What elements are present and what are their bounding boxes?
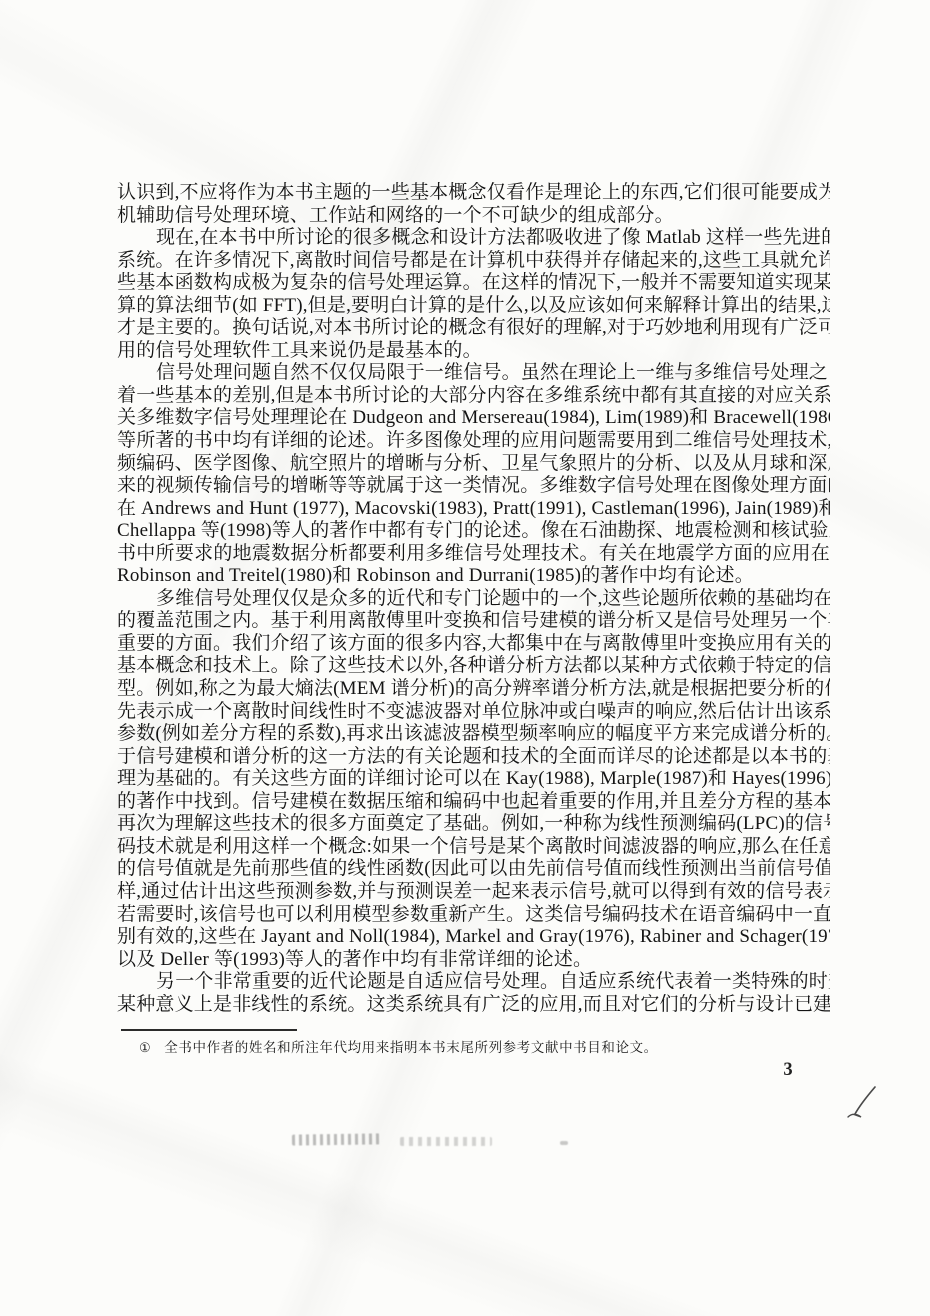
footnote: ①全书中作者的姓名和所注年代均用来指明本书末尾所列参考文献中书目和论文。: [139, 1039, 799, 1057]
text-line: 频编码、医学图像、航空照片的增晰与分析、卫星气象照片的分析、以及从月球和深层空间…: [117, 453, 830, 476]
text-line: 的覆盖范围之内。基于利用离散傅里叶变换和信号建模的谱分析又是信号处理另一个丰富而: [117, 610, 830, 633]
text-line: 现在,在本书中所讨论的很多概念和设计方法都吸收进了像 Matlab 这样一些先进…: [117, 227, 830, 250]
text-line: 才是主要的。换句话说,对本书所讨论的概念有很好的理解,对于巧妙地利用现有广泛可资…: [117, 317, 830, 340]
text-line: 些基本函数构成极为复杂的信号处理运算。在这样的情况下,一般并不需要知道实现某一运: [117, 272, 830, 295]
text-line: 另一个非常重要的近代论题是自适应信号处理。自适应系统代表着一类特殊的时变且在: [117, 971, 830, 994]
text-line: 多维信号处理仅仅是众多的近代和专门论题中的一个,这些论题所依赖的基础均在本书: [117, 588, 830, 611]
text-line: 若需要时,该信号也可以利用模型参数重新产生。这类信号编码技术在语音编码中一直是特: [117, 904, 830, 927]
text-line: 算的算法细节(如 FFT),但是,要明白计算的是什么,以及应该如何来解释计算出的…: [117, 295, 830, 318]
text-line: 理为基础的。有关这些方面的详细讨论可以在 Kay(1988), Marple(1…: [117, 768, 830, 791]
text-line: 的信号值就是先前那些值的线性函数(因此可以由先前信号值而线性预测出当前信号值)。…: [117, 858, 830, 881]
text-line: 信号处理问题自然不仅仅局限于一维信号。虽然在理论上一维与多维信号处理之间存在: [117, 362, 830, 385]
text-line: 于信号建模和谱分析的这一方法的有关论题和技术的全面而详尽的论述都是以本书的基本原: [117, 746, 830, 769]
text-line: Robinson and Treitel(1980)和 Robinson and…: [117, 565, 830, 588]
text-line: 用的信号处理软件工具来说仍是最基本的。: [117, 340, 830, 363]
scanned-book-page: 认识到,不应将作为本书主题的一些基本概念仅看作是理论上的东西,它们很可能要成为计…: [0, 0, 930, 1316]
footnote-text: 全书中作者的姓名和所注年代均用来指明本书末尾所列参考文献中书目和论文。: [164, 1040, 658, 1055]
footnote-marker-icon: ①: [139, 1040, 151, 1055]
text-line: 别有效的,这些在 Jayant and Noll(1984), Markel a…: [117, 926, 830, 949]
text-line: 等所著的书中均有详细的论述。许多图像处理的应用问题需要用到二维信号处理技术,如视: [117, 430, 830, 453]
text-line: 先表示成一个离散时间线性时不变滤波器对单位脉冲或白噪声的响应,然后估计出该系统的: [117, 701, 830, 724]
pen-mark: [841, 1084, 881, 1124]
text-line: 关多维数字信号处理理论在 Dudgeon and Mersereau(1984)…: [117, 407, 830, 430]
text-line: 样,通过估计出这些预测参数,并与预测误差一起来表示信号,就可以得到有效的信号表示…: [117, 881, 830, 904]
text-line: Chellappa 等(1998)等人的著作中都有专门的论述。像在石油勘探、地震…: [117, 520, 830, 543]
text-line: 码技术就是利用这样一个概念:如果一个信号是某个离散时间滤波器的响应,那么在任意时…: [117, 836, 830, 859]
ink-smudge: [292, 1133, 380, 1145]
text-line: 机辅助信号处理环境、工作站和网络的一个不可缺少的组成部分。: [117, 205, 830, 228]
text-line: 在 Andrews and Hunt (1977), Macovski(1983…: [117, 498, 830, 521]
text-line: 来的视频传输信号的增晰等等就属于这一类情况。多维数字信号处理在图像处理方面的应用: [117, 475, 830, 498]
text-line: 认识到,不应将作为本书主题的一些基本概念仅看作是理论上的东西,它们很可能要成为计…: [117, 182, 830, 205]
footnote-separator-rule: [121, 1029, 297, 1031]
text-line: 着一些基本的差别,但是本书所讨论的大部分内容在多维系统中都有其直接的对应关系。有: [117, 385, 830, 408]
text-line: 书中所要求的地震数据分析都要利用多维信号处理技术。有关在地震学方面的应用在: [117, 543, 830, 566]
text-line: 某种意义上是非线性的系统。这类系统具有广泛的应用,而且对它们的分析与设计已建立了: [117, 994, 830, 1017]
text-line: 重要的方面。我们介绍了该方面的很多内容,大都集中在与离散傅里叶变换应用有关的一些: [117, 633, 830, 656]
body-text: 认识到,不应将作为本书主题的一些基本概念仅看作是理论上的东西,它们很可能要成为计…: [117, 182, 830, 1016]
text-line: 型。例如,称之为最大熵法(MEM 谱分析)的高分辨率谱分析方法,就是根据把要分析…: [117, 678, 830, 701]
ink-smudge: [560, 1141, 568, 1145]
text-line: 的著作中找到。信号建模在数据压缩和编码中也起着重要的作用,并且差分方程的基本原理: [117, 791, 830, 814]
ink-smudge: [400, 1137, 492, 1146]
text-line: 系统。在许多情况下,离散时间信号都是在计算机中获得并存储起来的,这些工具就允许由…: [117, 250, 830, 273]
text-line: 参数(例如差分方程的系数),再求出该滤波器模型频率响应的幅度平方来完成谱分析的。…: [117, 723, 830, 746]
text-line: 再次为理解这些技术的很多方面奠定了基础。例如,一种称为线性预测编码(LPC)的信…: [117, 813, 830, 836]
text-line: 基本概念和技术上。除了这些技术以外,各种谱分析方法都以某种方式依赖于特定的信号模: [117, 655, 830, 678]
page-number: 3: [770, 1060, 806, 1081]
text-line: 以及 Deller 等(1993)等人的著作中均有非常详细的论述。: [117, 949, 830, 972]
